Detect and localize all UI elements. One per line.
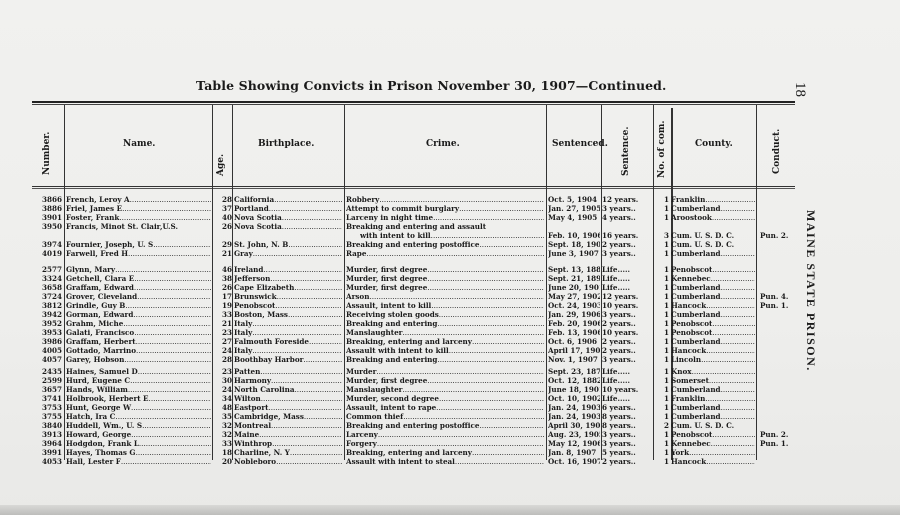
cell-county: Cumberland	[671, 337, 755, 346]
cell-birthplace: Brunswick	[234, 292, 342, 301]
cell-com: 1	[655, 240, 669, 249]
cell-number: 3913	[34, 430, 62, 439]
cell-county: Hancock	[671, 457, 755, 466]
cell-birthplace: Cambridge, Mass	[234, 412, 342, 421]
cell-age: 48	[214, 403, 232, 412]
header-crime: Crime.	[426, 139, 460, 149]
cell-number: 3812	[34, 301, 62, 310]
cell-age: 24	[214, 385, 232, 394]
cell-county: Cumberland	[671, 385, 755, 394]
table-row: 2577 Glynn, Mary 46 Ireland Murder, firs…	[0, 265, 900, 274]
cell-crime: Murder, first degree	[346, 283, 544, 292]
cell-sentenced: June 18, 1901	[548, 385, 600, 394]
cell-number: 3324	[34, 274, 62, 283]
cell-sentenced: Oct. 24, 1903	[548, 301, 600, 310]
cell-sentence: Life.....	[602, 394, 652, 403]
cell-sentence: 3 years..	[602, 430, 652, 439]
cell-com: 1	[655, 292, 669, 301]
cell-name: Huddell, Wm., U. S	[66, 421, 211, 430]
cell-county: Cumberland	[671, 412, 755, 421]
cell-crime: Breaking and entering	[346, 355, 544, 364]
cell-sentenced: Feb. 13, 1906	[548, 328, 600, 337]
cell-sentenced: Sept. 21, 1896	[548, 274, 600, 283]
cell-sentence: 2 years..	[602, 346, 652, 355]
cell-com: 1	[655, 283, 669, 292]
table-row-continuation: with intent to kill Feb. 10, 1906 16 yea…	[0, 231, 900, 240]
cell-birthplace: Ireland	[234, 265, 342, 274]
cell-birthplace: Portland	[234, 204, 342, 213]
cell-crime: Larceny	[346, 430, 544, 439]
table-row: 3913 Howard, George 32 Maine Larceny Aug…	[0, 430, 900, 439]
cell-com: 1	[655, 213, 669, 222]
cell-age: 26	[214, 222, 232, 231]
header-sentence: Sentence.	[621, 126, 631, 176]
cell-number: 2577	[34, 265, 62, 274]
table-row: 3886 Friel, James E 37 Portland Attempt …	[0, 204, 900, 213]
cell-com: 1	[655, 376, 669, 385]
cell-birthplace: Gray	[234, 249, 342, 258]
cell-com: 1	[655, 355, 669, 364]
cell-crime: Arson	[346, 292, 544, 301]
cell-com: 1	[655, 195, 669, 204]
cell-birthplace: Penobscot	[234, 301, 342, 310]
cell-com: 1	[655, 274, 669, 283]
cell-name: Hall, Lester F	[66, 457, 211, 466]
cell-number: 4019	[34, 249, 62, 258]
cell-age: 33	[214, 310, 232, 319]
cell-county: Somerset	[671, 376, 755, 385]
cell-com: 1	[655, 412, 669, 421]
cell-sentenced: Oct. 5, 1904	[548, 195, 600, 204]
cell-county: Kennebec	[671, 439, 755, 448]
table-row: 3942 Gorman, Edward 33 Boston, Mass Rece…	[0, 310, 900, 319]
cell-age: 18	[214, 448, 232, 457]
cell-crime: Assault with intent to kill	[346, 346, 544, 355]
document-page: Table Showing Convicts in Prison Novembe…	[0, 0, 900, 515]
cell-name: Hayes, Thomas G	[66, 448, 211, 457]
cell-birthplace: Patten	[234, 367, 342, 376]
cell-com: 1	[655, 430, 669, 439]
header-bottom-rule-secondary	[32, 188, 795, 189]
cell-birthplace: Jefferson	[234, 274, 342, 283]
header-conduct: Conduct.	[772, 129, 782, 174]
cell-sentence: 8 years..	[602, 412, 652, 421]
cell-sentence: 10 years.	[602, 301, 652, 310]
cell-sentenced: June 20, 1901	[548, 283, 600, 292]
cell-sentence: Life.....	[602, 274, 652, 283]
cell-sentence: 3 years..	[602, 249, 652, 258]
cell-county: Cumberland	[671, 292, 755, 301]
cell-crime: Murder, first degree	[346, 376, 544, 385]
cell-sentenced: Jan. 8, 1907	[548, 448, 600, 457]
cell-com: 1	[655, 337, 669, 346]
cell-number: 3886	[34, 204, 62, 213]
header-bottom-rule	[32, 186, 795, 187]
cell-sentenced: Feb. 10, 1906	[548, 231, 600, 240]
cell-number: 2599	[34, 376, 62, 385]
cell-county: Penobscot	[671, 328, 755, 337]
cell-crime: Breaking and entering and assault	[346, 222, 544, 231]
cell-name: Garey, Hobson	[66, 355, 211, 364]
cell-sentence: 10 years.	[602, 328, 652, 337]
table-row: 3986 Graffam, Herbert 27 Falmouth Foresi…	[0, 337, 900, 346]
cell-crime: Breaking and entering	[346, 319, 544, 328]
cell-crime-continued: with intent to kill	[360, 231, 544, 240]
cell-age: 46	[214, 265, 232, 274]
cell-number: 3964	[34, 439, 62, 448]
cell-sentenced: Jan. 27, 1905	[548, 204, 600, 213]
cell-sentence: 10 years.	[602, 385, 652, 394]
cell-number: 3741	[34, 394, 62, 403]
cell-com: 1	[655, 265, 669, 274]
cell-age: 17	[214, 292, 232, 301]
cell-crime: Breaking, entering and larceny	[346, 448, 544, 457]
cell-name: Hands, William	[66, 385, 211, 394]
table-row: 3812 Grindle, Guy B 19 Penobscot Assault…	[0, 301, 900, 310]
cell-county: Cumberland	[671, 310, 755, 319]
cell-sentence: Life.....	[602, 367, 652, 376]
cell-sentenced: Jan. 24, 1903	[548, 412, 600, 421]
cell-number: 4053	[34, 457, 62, 466]
cell-sentence: 3 years..	[602, 355, 652, 364]
cell-sentence: Life.....	[602, 376, 652, 385]
cell-age: 24	[214, 346, 232, 355]
page-title: Table Showing Convicts in Prison Novembe…	[196, 78, 666, 93]
cell-age: 26	[214, 283, 232, 292]
cell-county: Franklin	[671, 195, 755, 204]
cell-age: 33	[214, 439, 232, 448]
cell-sentence: 12 years.	[602, 195, 652, 204]
table-row: 3866 French, Leroy A 28 California Robbe…	[0, 195, 900, 204]
cell-birthplace: Italy	[234, 319, 342, 328]
table-row: 2599 Hurd, Eugene C 30 Harmony Murder, f…	[0, 376, 900, 385]
cell-sentenced: May 12, 1906	[548, 439, 600, 448]
cell-crime: Manslaughter	[346, 328, 544, 337]
cell-birthplace: Montreal	[234, 421, 342, 430]
cell-birthplace: St. John, N. B	[234, 240, 342, 249]
cell-number: 3658	[34, 283, 62, 292]
cell-county: Cumberland	[671, 403, 755, 412]
cell-crime: Receiving stolen goods	[346, 310, 544, 319]
cell-sentenced: Oct. 10, 1902	[548, 394, 600, 403]
cell-name: Hunt, George W	[66, 403, 211, 412]
cell-number: 3986	[34, 337, 62, 346]
cell-age: 19	[214, 301, 232, 310]
table-row: 3657 Hands, William 24 North Carolina Ma…	[0, 385, 900, 394]
cell-birthplace: Winthrop	[234, 439, 342, 448]
cell-sentence: 2 years..	[602, 240, 652, 249]
cell-number: 3952	[34, 319, 62, 328]
cell-number: 3755	[34, 412, 62, 421]
table-row: 3964 Hodgdon, Frank L 33 Winthrop Forger…	[0, 439, 900, 448]
cell-name: Friel, James E	[66, 204, 211, 213]
cell-sentenced: Jan. 29, 1906	[548, 310, 600, 319]
cell-sentence: 5 years..	[602, 448, 652, 457]
cell-crime: Murder, first degree	[346, 265, 544, 274]
cell-crime: Rape	[346, 249, 544, 258]
cell-name: Francis, Minot St. Clair,U.S.	[66, 222, 211, 231]
cell-sentenced: May 4, 1905	[548, 213, 600, 222]
cell-number: 4057	[34, 355, 62, 364]
cell-number: 3753	[34, 403, 62, 412]
cell-county: Lincoln	[671, 355, 755, 364]
cell-sentenced: April 30, 1904	[548, 421, 600, 430]
table-row: 4019 Farwell, Fred H 21 Gray Rape June 3…	[0, 249, 900, 258]
cell-sentence: 2 years..	[602, 337, 652, 346]
cell-age: 27	[214, 337, 232, 346]
cell-birthplace: Italy	[234, 328, 342, 337]
top-rule	[32, 101, 795, 103]
cell-birthplace: California	[234, 195, 342, 204]
cell-number: 3840	[34, 421, 62, 430]
cell-com: 1	[655, 346, 669, 355]
header-no-of-com: No. of com.	[657, 121, 667, 179]
cell-birthplace: Nobleboro	[234, 457, 342, 466]
table-row: 3741 Holbrook, Herbert E 34 Wilton Murde…	[0, 394, 900, 403]
table-row: 3991 Hayes, Thomas G 18 Charline, N. Y B…	[0, 448, 900, 457]
cell-age: 21	[214, 249, 232, 258]
cell-sentence: 4 years..	[602, 213, 652, 222]
cell-county: Hancock	[671, 301, 755, 310]
cell-com: 1	[655, 394, 669, 403]
cell-sentence: 12 years.	[602, 292, 652, 301]
cell-com: 1	[655, 249, 669, 258]
cell-birthplace: Nova Scotia	[234, 213, 342, 222]
cell-crime: Murder	[346, 367, 544, 376]
cell-number: 3991	[34, 448, 62, 457]
cell-name: Grahm, Miche	[66, 319, 211, 328]
cell-age: 40	[214, 213, 232, 222]
cell-name: French, Leroy A	[66, 195, 211, 204]
cell-birthplace: Nova Scotia	[234, 222, 342, 231]
cell-crime: Assault, intent to kill	[346, 301, 544, 310]
table-row: 3950 Francis, Minot St. Clair,U.S. 26 No…	[0, 222, 900, 231]
cell-sentenced: Aug. 23, 1905	[548, 430, 600, 439]
cell-county: Penobscot	[671, 430, 755, 439]
table-row: 3901 Foster, Frank 40 Nova Scotia Larcen…	[0, 213, 900, 222]
cell-sentenced: Sept. 18, 1906	[548, 240, 600, 249]
cell-sentence: Life.....	[602, 265, 652, 274]
cell-crime: Breaking and entering postoffice	[346, 240, 544, 249]
cell-number: 4005	[34, 346, 62, 355]
cell-county: Aroostook	[671, 213, 755, 222]
cell-name: Glynn, Mary	[66, 265, 211, 274]
cell-county: Cum. U. S. D. C.	[671, 421, 755, 430]
cell-number: 3950	[34, 222, 62, 231]
cell-birthplace: Boothbay Harbor	[234, 355, 342, 364]
cell-com: 1	[655, 367, 669, 376]
cell-name: Grover, Cleveland	[66, 292, 211, 301]
cell-sentenced: May 27, 1902	[548, 292, 600, 301]
cell-sentenced: June 3, 1907	[548, 249, 600, 258]
header-county: County.	[695, 139, 733, 149]
cell-number: 3974	[34, 240, 62, 249]
cell-com: 2	[655, 421, 669, 430]
cell-birthplace: North Carolina	[234, 385, 342, 394]
cell-birthplace: Harmony	[234, 376, 342, 385]
cell-sentenced: Sept. 13, 1882	[548, 265, 600, 274]
cell-number: 3866	[34, 195, 62, 204]
cell-birthplace: Maine	[234, 430, 342, 439]
cell-county: Cum. U. S. D. C.	[671, 231, 755, 240]
cell-number: 3657	[34, 385, 62, 394]
header-number: Number.	[42, 132, 52, 175]
cell-sentence: 3 years..	[602, 204, 652, 213]
cell-birthplace: Cape Elizabeth	[234, 283, 342, 292]
table-row: 4005 Gottado, Marrino 24 Italy Assault w…	[0, 346, 900, 355]
cell-birthplace: Italy	[234, 346, 342, 355]
cell-age: 37	[214, 204, 232, 213]
cell-name: Graffam, Herbert	[66, 337, 211, 346]
cell-com: 1	[655, 439, 669, 448]
cell-sentence: 3 years..	[602, 439, 652, 448]
header-birthplace: Birthplace.	[258, 139, 314, 149]
table-row: 3755 Hatch, Ira C 35 Cambridge, Mass Com…	[0, 412, 900, 421]
cell-crime: Attempt to commit burglary	[346, 204, 544, 213]
cell-conduct: Pun. 2.	[760, 430, 796, 439]
page-bottom-edge	[0, 505, 900, 515]
cell-age: 28	[214, 195, 232, 204]
cell-sentenced: Feb. 20, 1906	[548, 319, 600, 328]
cell-sentenced: April 17, 1907	[548, 346, 600, 355]
cell-birthplace: Charline, N. Y	[234, 448, 342, 457]
table-row: 3953 Galati, Francisco 23 Italy Manslaug…	[0, 328, 900, 337]
cell-number: 3942	[34, 310, 62, 319]
cell-birthplace: Eastport	[234, 403, 342, 412]
cell-crime: Robbery	[346, 195, 544, 204]
cell-sentence: 2 years..	[602, 457, 652, 466]
cell-crime: Murder, second degree	[346, 394, 544, 403]
header-age: Age.	[216, 154, 226, 176]
cell-name: Grindle, Guy B	[66, 301, 211, 310]
table-row: 3324 Getchell, Clara E 38 Jefferson Murd…	[0, 274, 900, 283]
table-row: 4057 Garey, Hobson 28 Boothbay Harbor Br…	[0, 355, 900, 364]
cell-age: 28	[214, 355, 232, 364]
cell-county: Franklin	[671, 394, 755, 403]
cell-conduct: Pun. 1.	[760, 439, 796, 448]
cell-sentence: Life.....	[602, 283, 652, 292]
cell-county: Knox	[671, 367, 755, 376]
cell-county: Hancock	[671, 346, 755, 355]
cell-crime: Manslaughter	[346, 385, 544, 394]
cell-name: Gottado, Marrino	[66, 346, 211, 355]
cell-crime: Assault with intent to steal	[346, 457, 544, 466]
cell-name: Fournier, Joseph, U. S	[66, 240, 211, 249]
cell-sentence: 8 years..	[602, 421, 652, 430]
cell-crime: Breaking, entering and larceny	[346, 337, 544, 346]
cell-county: Cumberland	[671, 249, 755, 258]
cell-sentenced: Jan. 24, 1903	[548, 403, 600, 412]
cell-county: Cumberland	[671, 283, 755, 292]
cell-number: 3953	[34, 328, 62, 337]
cell-name: Graffam, Edward	[66, 283, 211, 292]
cell-birthplace: Wilton	[234, 394, 342, 403]
header-sentenced: Sentenced.	[552, 139, 608, 149]
cell-age: 35	[214, 412, 232, 421]
table-row: 3658 Graffam, Edward 26 Cape Elizabeth M…	[0, 283, 900, 292]
cell-name: Farwell, Fred H	[66, 249, 211, 258]
cell-county: York	[671, 448, 755, 457]
cell-age: 34	[214, 394, 232, 403]
cell-name: Galati, Francisco	[66, 328, 211, 337]
cell-sentenced: Sept. 23, 1879	[548, 367, 600, 376]
cell-county: Cum. U. S. D. C.	[671, 240, 755, 249]
cell-name: Haines, Samuel D	[66, 367, 211, 376]
table-row: 3753 Hunt, George W 48 Eastport Assault,…	[0, 403, 900, 412]
cell-sentence: 3 years..	[602, 310, 652, 319]
header-name: Name.	[123, 139, 155, 149]
cell-com: 1	[655, 310, 669, 319]
cell-county: Kennebec	[671, 274, 755, 283]
cell-sentence: 6 years..	[602, 403, 652, 412]
cell-sentence: 2 years..	[602, 319, 652, 328]
cell-number: 2435	[34, 367, 62, 376]
cell-sentenced: Oct. 6, 1906	[548, 337, 600, 346]
cell-name: Gorman, Edward	[66, 310, 211, 319]
cell-crime: Murder, first degree	[346, 274, 544, 283]
cell-com: 1	[655, 319, 669, 328]
table-row: 4053 Hall, Lester F 20 Nobleboro Assault…	[0, 457, 900, 466]
table-row: 3952 Grahm, Miche 21 Italy Breaking and …	[0, 319, 900, 328]
cell-age: 21	[214, 319, 232, 328]
cell-number: 3901	[34, 213, 62, 222]
cell-age: 23	[214, 328, 232, 337]
cell-name: Howard, George	[66, 430, 211, 439]
cell-name: Hodgdon, Frank L	[66, 439, 211, 448]
cell-age: 32	[214, 421, 232, 430]
cell-com: 3	[655, 231, 669, 240]
cell-sentence: 16 years.	[602, 231, 652, 240]
cell-age: 32	[214, 430, 232, 439]
cell-sentenced: Oct. 16, 1907	[548, 457, 600, 466]
cell-name: Holbrook, Herbert E	[66, 394, 211, 403]
cell-com: 1	[655, 204, 669, 213]
table-row: 3840 Huddell, Wm., U. S 32 Montreal Brea…	[0, 421, 900, 430]
cell-number: 3724	[34, 292, 62, 301]
cell-com: 1	[655, 403, 669, 412]
cell-sentenced: Oct. 12, 1882	[548, 376, 600, 385]
cell-name: Hurd, Eugene C	[66, 376, 211, 385]
cell-com: 1	[655, 301, 669, 310]
page-number: 18	[791, 82, 808, 97]
cell-com: 1	[655, 448, 669, 457]
cell-crime: Common thief	[346, 412, 544, 421]
table-row: 2435 Haines, Samuel D 23 Patten Murder S…	[0, 367, 900, 376]
table-row: 3974 Fournier, Joseph, U. S 29 St. John,…	[0, 240, 900, 249]
cell-sentenced: Nov. 1, 1907	[548, 355, 600, 364]
cell-county: Penobscot	[671, 319, 755, 328]
cell-county: Penobscot	[671, 265, 755, 274]
cell-conduct: Pun. 4.	[760, 292, 796, 301]
cell-crime: Larceny in night time	[346, 213, 544, 222]
cell-county: Cumberland	[671, 204, 755, 213]
cell-age: 30	[214, 376, 232, 385]
cell-name: Hatch, Ira C	[66, 412, 211, 421]
cell-conduct: Pun. 1.	[760, 301, 796, 310]
cell-age: 29	[214, 240, 232, 249]
cell-name: Getchell, Clara E	[66, 274, 211, 283]
cell-crime: Forgery	[346, 439, 544, 448]
cell-com: 1	[655, 328, 669, 337]
cell-com: 1	[655, 457, 669, 466]
cell-birthplace: Falmouth Foreside	[234, 337, 342, 346]
top-rule-secondary	[32, 104, 795, 105]
cell-birthplace: Boston, Mass	[234, 310, 342, 319]
cell-com: 1	[655, 385, 669, 394]
cell-name: Foster, Frank	[66, 213, 211, 222]
table-row: 3724 Grover, Cleveland 17 Brunswick Arso…	[0, 292, 900, 301]
cell-crime: Assault, intent to rape	[346, 403, 544, 412]
